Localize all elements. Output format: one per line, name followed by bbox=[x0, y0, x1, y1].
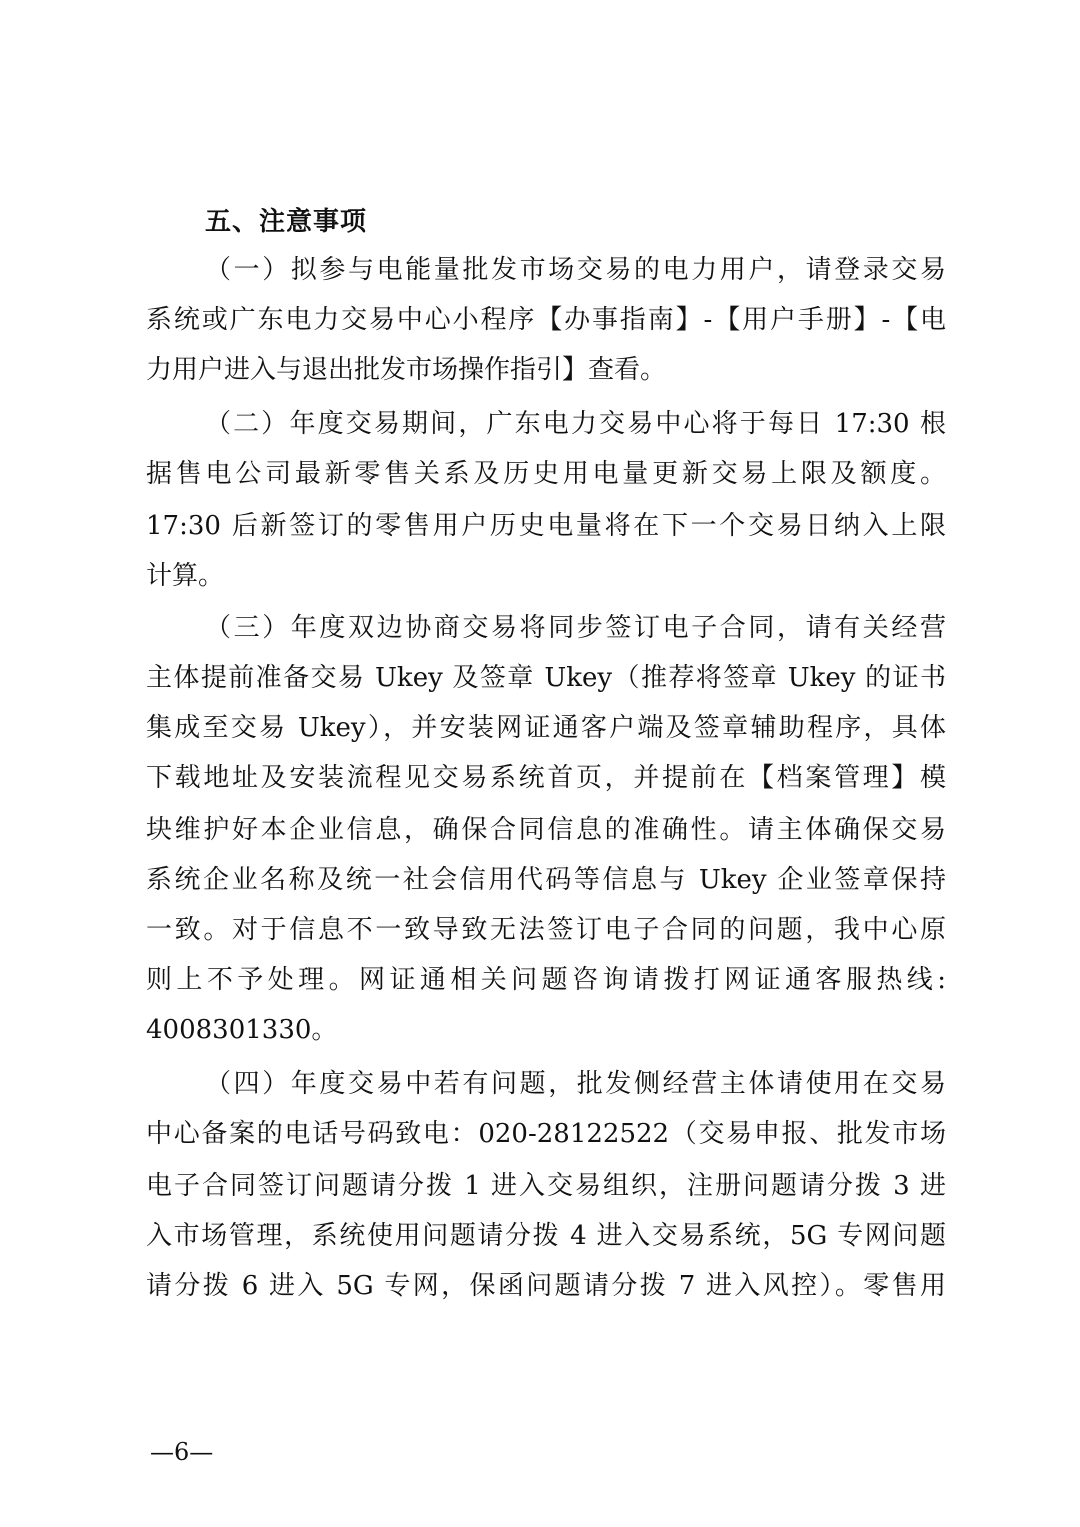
page-number: —6— bbox=[150, 1432, 213, 1472]
text-line: （一）拟参与电能量批发市场交易的电力用户，请登录交易 bbox=[205, 246, 946, 294]
text-line: （四）年度交易中若有问题，批发侧经营主体请使用在交易 bbox=[205, 1060, 946, 1108]
text-line: 请分拨 6 进入 5G 专网，保函问题请分拨 7 进入风控）。零售用 bbox=[146, 1262, 946, 1310]
text-line: （二）年度交易期间，广东电力交易中心将于每日 17:30 根 bbox=[205, 400, 946, 448]
text-line: 块维护好本企业信息，确保合同信息的准确性。请主体确保交易 bbox=[146, 806, 946, 854]
text-line: 电子合同签订问题请分拨 1 进入交易组织，注册问题请分拨 3 进 bbox=[146, 1162, 946, 1210]
text-line: 17:30 后新签订的零售用户历史电量将在下一个交易日纳入上限 bbox=[146, 502, 946, 550]
text-line: 中心备案的电话号码致电：020-28122522（交易申报、批发市场 bbox=[146, 1110, 946, 1158]
text-line: 一致。对于信息不一致导致无法签订电子合同的问题，我中心原 bbox=[146, 906, 946, 954]
text-line: 主体提前准备交易 Ukey 及签章 Ukey（推荐将签章 Ukey 的证书 bbox=[146, 654, 946, 702]
text-line: （三）年度双边协商交易将同步签订电子合同，请有关经营 bbox=[205, 604, 946, 652]
text-line: 入市场管理，系统使用问题请分拨 4 进入交易系统，5G 专网问题 bbox=[146, 1212, 946, 1260]
text-line: 系统企业名称及统一社会信用代码等信息与 Ukey 企业签章保持 bbox=[146, 856, 946, 904]
text-line: 力用户进入与退出批发市场操作指引】查看。 bbox=[146, 346, 946, 394]
document-page: 五、注意事项 （一）拟参与电能量批发市场交易的电力用户，请登录交易系统或广东电力… bbox=[0, 0, 1080, 1527]
section-heading: 五、注意事项 bbox=[205, 198, 367, 246]
text-line: 下载地址及安装流程见交易系统首页，并提前在【档案管理】模 bbox=[146, 754, 946, 802]
text-line: 则上不予处理。网证通相关问题咨询请拨打网证通客服热线: bbox=[146, 956, 946, 1004]
text-line: 集成至交易 Ukey），并安装网证通客户端及签章辅助程序，具体 bbox=[146, 704, 946, 752]
text-line: 系统或广东电力交易中心小程序【办事指南】-【用户手册】-【电 bbox=[146, 296, 946, 344]
text-line: 4008301330。 bbox=[146, 1006, 946, 1054]
text-line: 据售电公司最新零售关系及历史用电量更新交易上限及额度。 bbox=[146, 450, 946, 498]
text-line: 计算。 bbox=[146, 552, 946, 600]
